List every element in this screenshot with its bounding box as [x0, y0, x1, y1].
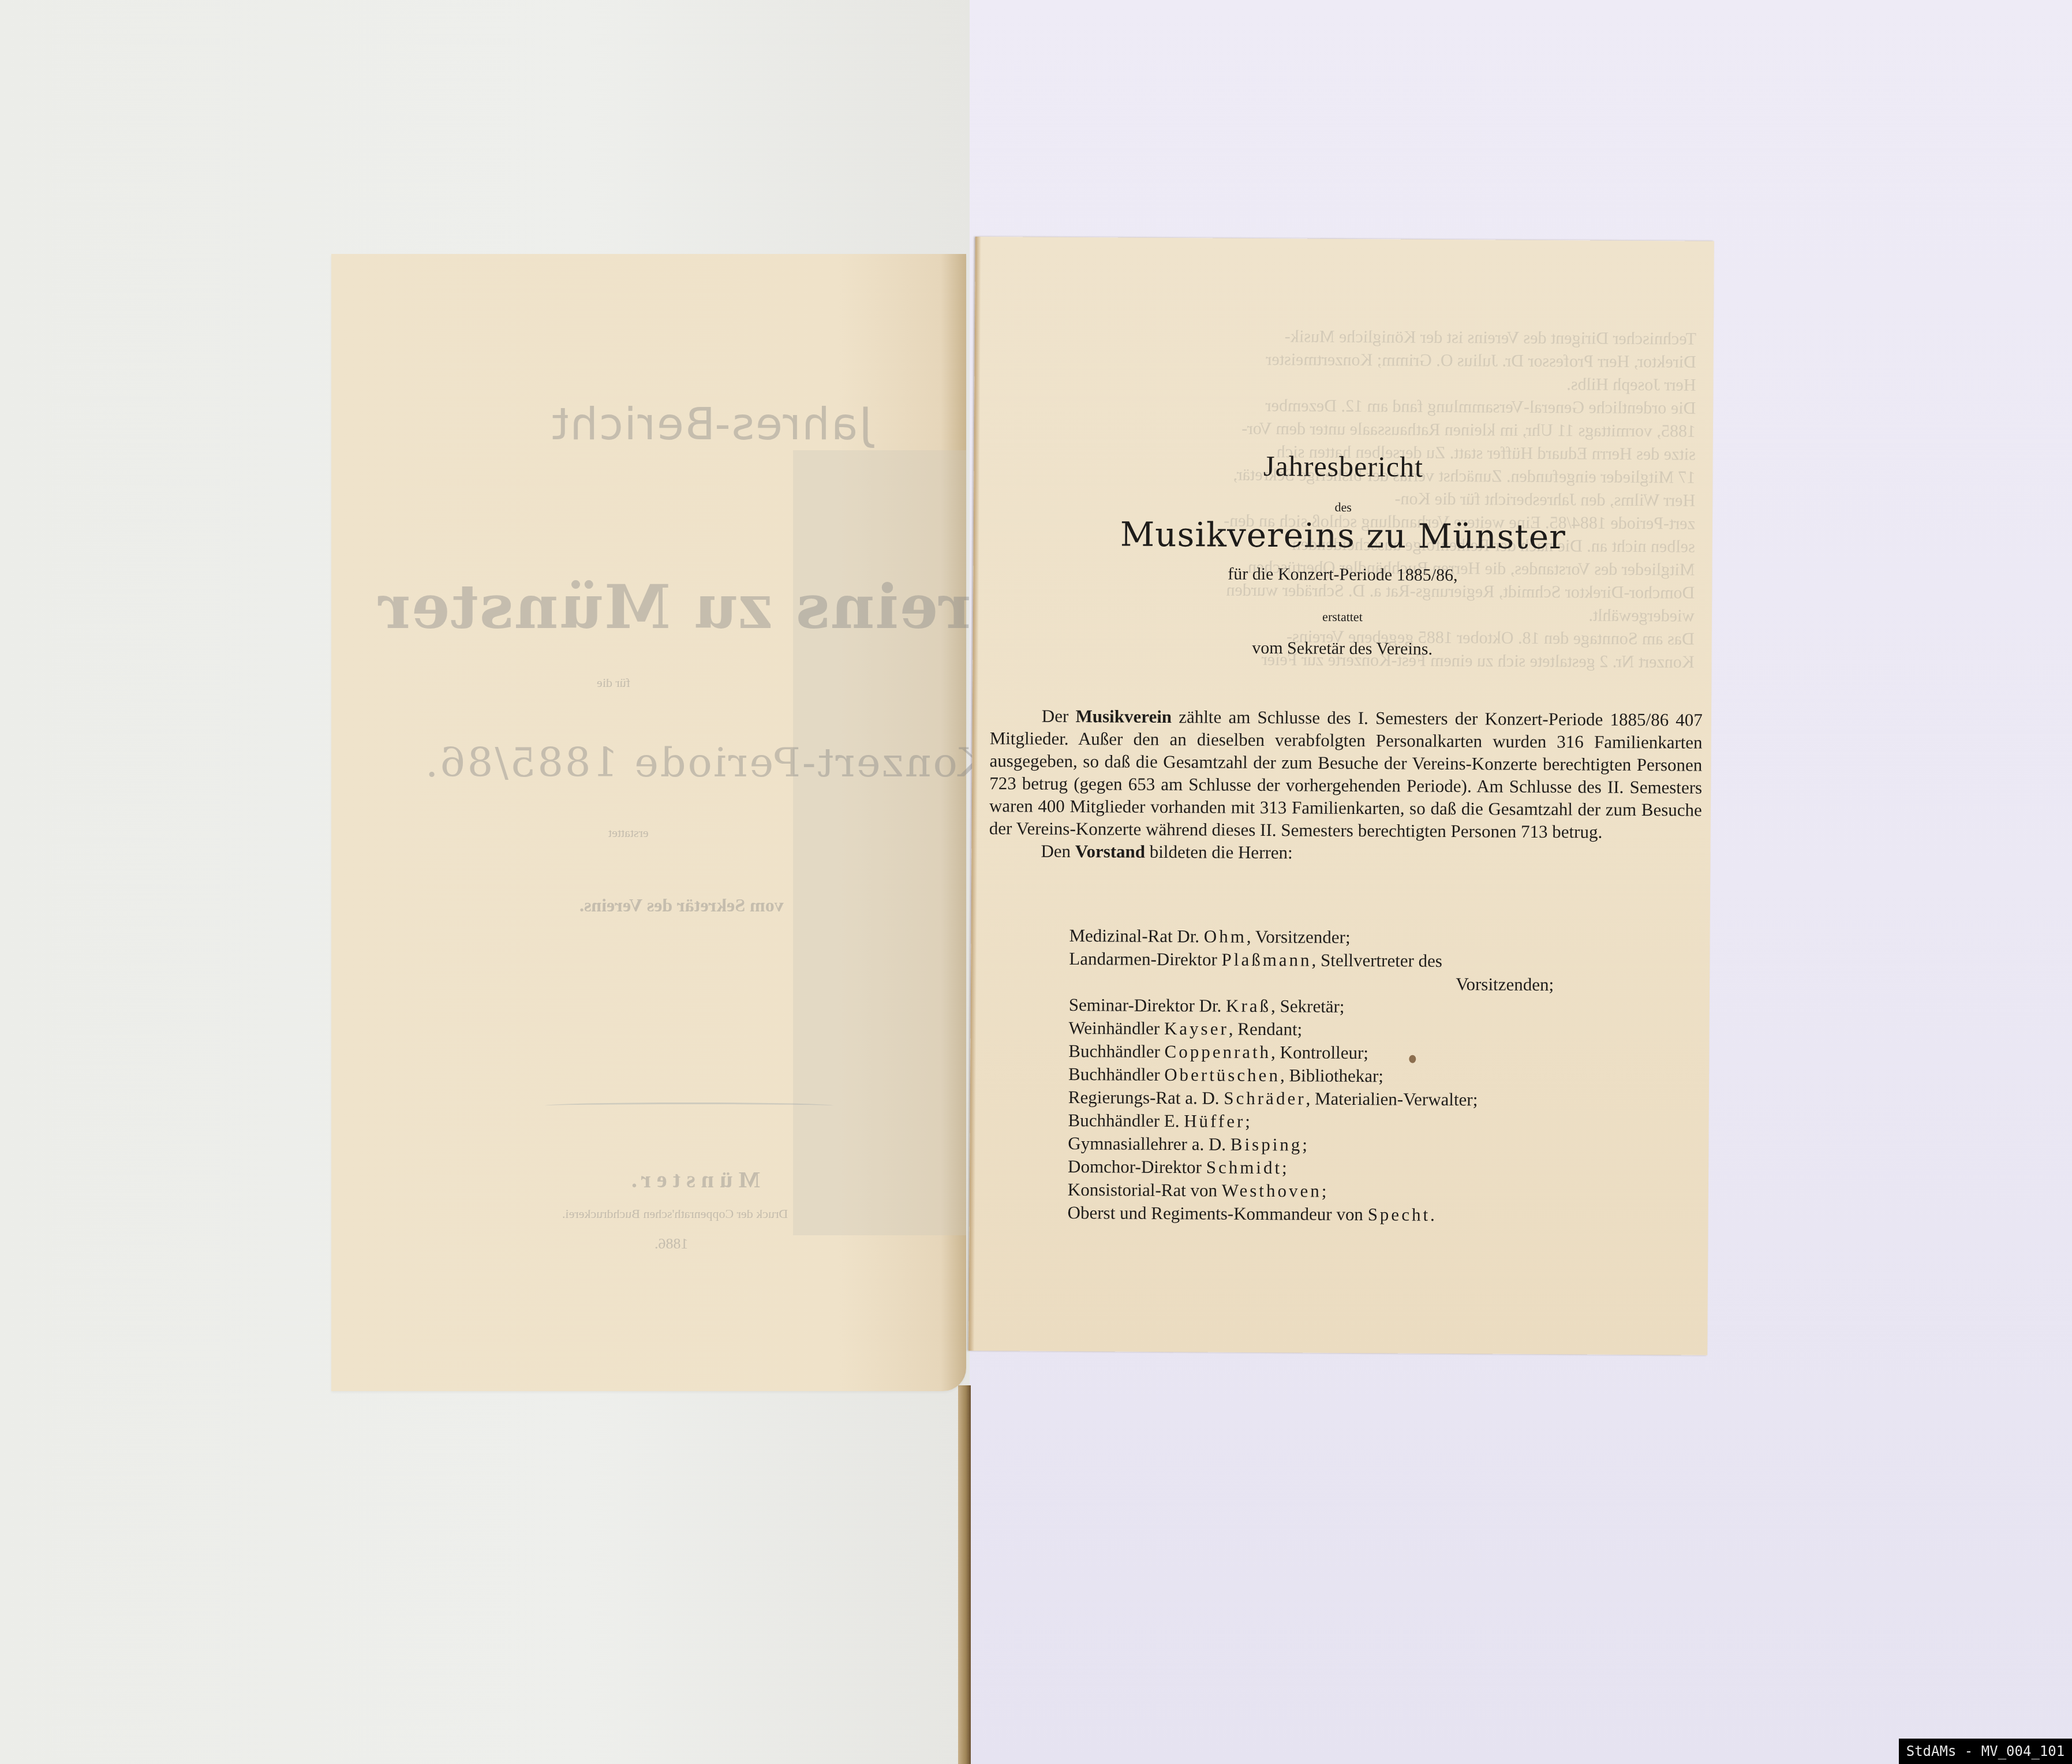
- archive-reference-label: StdAMs - MV_004_101: [1899, 1739, 2072, 1764]
- bold-term: Musikverein: [1075, 706, 1172, 727]
- right-page: Technischer Dirigent des Vereins ist der…: [968, 237, 1714, 1355]
- board-member: Landarmen-Direktor Plaßmann, Stellvertre…: [1069, 947, 1704, 997]
- ornament-divider: [545, 1102, 833, 1109]
- page-shadow: [793, 450, 966, 1235]
- showthrough-city: Münster.: [626, 1166, 760, 1193]
- left-page: Jahres-Bericht Musik-Vereins zu Münster …: [331, 254, 966, 1391]
- showthrough-title: Jahres-Bericht: [551, 398, 872, 450]
- board-member-list: Medizinal-Rat Dr. Ohm, Vorsitzender; Lan…: [1068, 924, 1704, 1228]
- report-body: Der Musikverein zählte am Schlusse des I…: [989, 704, 1703, 866]
- report-title: Jahresbericht: [974, 447, 1712, 485]
- board-member: Regierungs-Rat a. D. Schräder, Materiali…: [1068, 1086, 1703, 1113]
- board-member: Konsistorial-Rat von Westhoven;: [1068, 1178, 1703, 1205]
- board-member: Seminar-Direktor Dr. Kraß, Sekretär;: [1069, 993, 1704, 1021]
- showthrough-periode: Konzert-Periode 1885/86.: [424, 739, 988, 786]
- bold-term: Vorstand: [1075, 841, 1145, 862]
- showthrough-printer: Druck der Coppenrath'schen Buchdruckerei…: [562, 1206, 788, 1221]
- report-main-title: Musikvereins zu Münster: [974, 514, 1712, 558]
- board-member: Medizinal-Rat Dr. Ohm, Vorsitzender;: [1069, 924, 1704, 951]
- showthrough-sekretaer: vom Sekretär des Vereins.: [579, 895, 784, 916]
- board-member: Domchor-Direktor Schmidt;: [1068, 1155, 1703, 1182]
- ink-stain: [1409, 1055, 1416, 1063]
- board-member: Gymnasiallehrer a. D. Bisping;: [1068, 1132, 1703, 1159]
- board-member: Oberst und Regiments-Kommandeur von Spec…: [1068, 1201, 1703, 1228]
- showthrough-fuer: für die: [597, 675, 630, 690]
- board-member: Weinhändler Kayser, Rendant;: [1069, 1016, 1704, 1044]
- board-member: Buchhändler Obertüschen, Bibliothekar;: [1068, 1063, 1703, 1090]
- board-member: Buchhändler Coppenrath, Kontrolleur;: [1068, 1040, 1703, 1067]
- paragraph-board: Den Vorstand bildeten die Herren:: [989, 839, 1701, 866]
- showthrough-erstattet: erstattet: [608, 825, 649, 840]
- board-member: Buchhändler E. Hüffer;: [1068, 1109, 1703, 1136]
- book-spine-edge: [958, 1385, 971, 1764]
- paragraph-membership: Der Musikverein zählte am Schlusse des I…: [989, 704, 1703, 844]
- showthrough-year: 1886.: [654, 1235, 689, 1253]
